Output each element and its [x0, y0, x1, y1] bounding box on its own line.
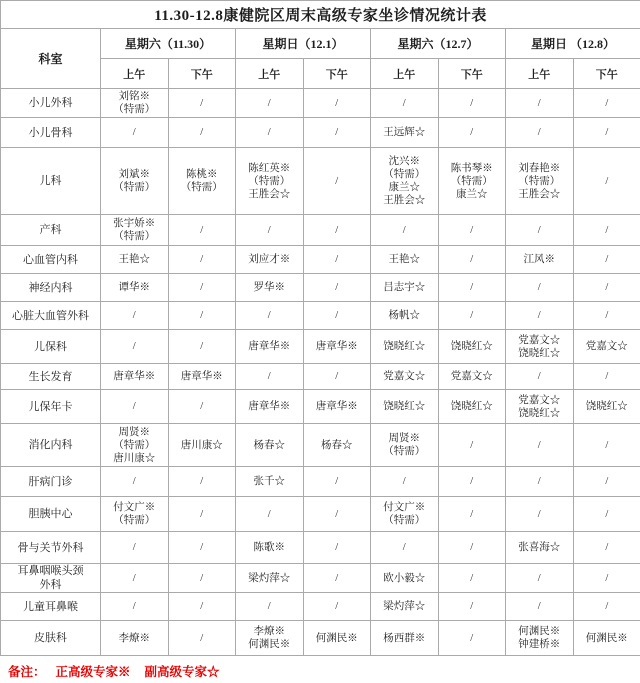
schedule-cell: /	[506, 118, 574, 148]
pm-header: 下午	[303, 59, 371, 89]
schedule-cell: 付文广※ （特需）	[101, 497, 169, 532]
schedule-cell: 唐章华※	[236, 330, 304, 364]
schedule-cell: /	[236, 497, 304, 532]
pm-header: 下午	[573, 59, 640, 89]
schedule-cell: /	[101, 564, 169, 593]
schedule-body: 小儿外科 刘铭※ （特需） / / / / / / / 小儿骨科 / / / /…	[1, 89, 640, 656]
schedule-cell: /	[371, 532, 439, 564]
schedule-cell: /	[168, 89, 236, 118]
schedule-cell: 刘春艳※ （特需） 王胜会☆	[506, 148, 574, 215]
schedule-cell: /	[438, 274, 506, 302]
table-row: 小儿外科 刘铭※ （特需） / / / / / / /	[1, 89, 640, 118]
schedule-cell: 付文广※ （特需）	[371, 497, 439, 532]
schedule-cell: /	[438, 467, 506, 497]
schedule-cell: /	[573, 148, 640, 215]
dept-cell: 儿科	[1, 148, 101, 215]
schedule-cell: 杨春☆	[236, 424, 304, 467]
schedule-cell: 梁灼萍☆	[236, 564, 304, 593]
schedule-cell: 党嘉文☆	[438, 364, 506, 390]
pm-header: 下午	[438, 59, 506, 89]
schedule-cell: /	[573, 593, 640, 621]
schedule-cell: /	[506, 593, 574, 621]
schedule-cell: /	[573, 467, 640, 497]
schedule-cell: 杨春☆	[303, 424, 371, 467]
schedule-cell: 唐川康☆	[168, 424, 236, 467]
table-row: 皮肤科 李燎※ / 李燎※ 何渊民※ 何渊民※ 杨西群※ / 何渊民※ 钟建桥※…	[1, 621, 640, 656]
schedule-cell: /	[438, 532, 506, 564]
table-row: 心脏大血管外科 / / / / 杨帆☆ / / /	[1, 302, 640, 330]
schedule-cell: 沈兴※ （特需） 康兰☆ 王胜会☆	[371, 148, 439, 215]
schedule-cell: /	[506, 302, 574, 330]
schedule-cell: /	[168, 246, 236, 274]
schedule-cell: 刘铭※ （特需）	[101, 89, 169, 118]
schedule-cell: 张喜海☆	[506, 532, 574, 564]
dept-cell: 小儿外科	[1, 89, 101, 118]
schedule-cell: 党嘉文☆	[371, 364, 439, 390]
schedule-cell: /	[303, 148, 371, 215]
schedule-cell: /	[303, 564, 371, 593]
schedule-cell: /	[101, 467, 169, 497]
schedule-cell: /	[573, 215, 640, 246]
schedule-cell: 陈桃※ （特需）	[168, 148, 236, 215]
am-header: 上午	[101, 59, 169, 89]
schedule-cell: /	[101, 302, 169, 330]
schedule-cell: /	[506, 89, 574, 118]
schedule-cell: 党嘉文☆ 饶晓红☆	[506, 330, 574, 364]
schedule-cell: /	[168, 215, 236, 246]
schedule-cell: /	[438, 424, 506, 467]
schedule-cell: /	[168, 593, 236, 621]
schedule-cell: /	[168, 302, 236, 330]
schedule-cell: 梁灼萍☆	[371, 593, 439, 621]
footnote: 备注： 正高级专家※ 副高级专家☆	[0, 656, 640, 683]
schedule-cell: /	[303, 118, 371, 148]
schedule-cell: /	[438, 621, 506, 656]
table-row: 儿科 刘斌※ （特需） 陈桃※ （特需） 陈红英※ （特需） 王胜会☆ / 沈兴…	[1, 148, 640, 215]
schedule-cell: /	[236, 89, 304, 118]
am-header: 上午	[506, 59, 574, 89]
schedule-cell: 周贤※ （特需）	[371, 424, 439, 467]
schedule-cell: 饶晓红☆	[438, 330, 506, 364]
schedule-cell: 陈歌※	[236, 532, 304, 564]
schedule-cell: /	[506, 364, 574, 390]
schedule-cell: 王艳☆	[101, 246, 169, 274]
schedule-cell: /	[438, 118, 506, 148]
dept-cell: 儿童耳鼻喉	[1, 593, 101, 621]
table-row: 骨与关节外科 / / 陈歌※ / / / 张喜海☆ /	[1, 532, 640, 564]
dept-cell: 神经内科	[1, 274, 101, 302]
schedule-cell: /	[371, 215, 439, 246]
schedule-cell: /	[168, 274, 236, 302]
dept-cell: 小儿骨科	[1, 118, 101, 148]
dept-cell: 儿保年卡	[1, 390, 101, 424]
dept-cell: 耳鼻咽喉头颈 外科	[1, 564, 101, 593]
expert-schedule-table: 11.30-12.8康健院区周末高级专家坐诊情况统计表 科室 星期六（11.30…	[0, 0, 640, 656]
schedule-cell: 杨帆☆	[371, 302, 439, 330]
schedule-cell: /	[303, 215, 371, 246]
page: 11.30-12.8康健院区周末高级专家坐诊情况统计表 科室 星期六（11.30…	[0, 0, 640, 683]
schedule-cell: /	[506, 215, 574, 246]
schedule-cell: 杨西群※	[371, 621, 439, 656]
schedule-cell: 饶晓红☆	[371, 330, 439, 364]
schedule-cell: /	[573, 497, 640, 532]
schedule-cell: /	[573, 274, 640, 302]
schedule-cell: 欧小毅☆	[371, 564, 439, 593]
dept-cell: 生长发育	[1, 364, 101, 390]
dept-cell: 儿保科	[1, 330, 101, 364]
schedule-cell: /	[236, 215, 304, 246]
dept-cell: 产科	[1, 215, 101, 246]
schedule-cell: 党嘉文☆ 饶晓红☆	[506, 390, 574, 424]
table-row: 耳鼻咽喉头颈 外科 / / 梁灼萍☆ / 欧小毅☆ / / /	[1, 564, 640, 593]
schedule-cell: /	[303, 467, 371, 497]
schedule-cell: 陈红英※ （特需） 王胜会☆	[236, 148, 304, 215]
schedule-cell: 唐章华※	[101, 364, 169, 390]
schedule-cell: /	[573, 118, 640, 148]
schedule-cell: /	[101, 118, 169, 148]
schedule-cell: /	[506, 274, 574, 302]
schedule-cell: /	[168, 330, 236, 364]
schedule-cell: 何渊民※	[573, 621, 640, 656]
schedule-cell: 李燎※ 何渊民※	[236, 621, 304, 656]
schedule-cell: 李燎※	[101, 621, 169, 656]
dept-cell: 肝病门诊	[1, 467, 101, 497]
schedule-cell: /	[438, 497, 506, 532]
schedule-cell: /	[573, 364, 640, 390]
schedule-cell: /	[303, 364, 371, 390]
day-header-sun-121: 星期日（12.1）	[236, 29, 371, 59]
schedule-cell: /	[168, 564, 236, 593]
am-header: 上午	[371, 59, 439, 89]
title-row: 11.30-12.8康健院区周末高级专家坐诊情况统计表	[1, 1, 640, 29]
schedule-cell: /	[168, 532, 236, 564]
schedule-cell: 唐章华※	[168, 364, 236, 390]
schedule-cell: /	[438, 215, 506, 246]
schedule-cell: /	[303, 274, 371, 302]
schedule-cell: 刘应才※	[236, 246, 304, 274]
schedule-cell: /	[303, 593, 371, 621]
schedule-cell: 唐章华※	[303, 390, 371, 424]
schedule-cell: 饶晓红☆	[438, 390, 506, 424]
schedule-cell: /	[101, 330, 169, 364]
schedule-cell: /	[303, 89, 371, 118]
schedule-cell: /	[236, 364, 304, 390]
footnote-associate-expert: 副高级专家☆	[145, 662, 220, 680]
schedule-cell: /	[236, 593, 304, 621]
schedule-cell: 吕志宇☆	[371, 274, 439, 302]
schedule-cell: /	[573, 532, 640, 564]
schedule-cell: /	[101, 390, 169, 424]
table-row: 消化内科 周贤※ （特需） 唐川康☆ 唐川康☆ 杨春☆ 杨春☆ 周贤※ （特需）…	[1, 424, 640, 467]
schedule-cell: 王艳☆	[371, 246, 439, 274]
schedule-cell: 陈书琴※ （特需） 康兰☆	[438, 148, 506, 215]
dept-cell: 消化内科	[1, 424, 101, 467]
table-row: 生长发育 唐章华※ 唐章华※ / / 党嘉文☆ 党嘉文☆ / /	[1, 364, 640, 390]
schedule-cell: /	[168, 497, 236, 532]
schedule-cell: /	[573, 564, 640, 593]
schedule-cell: 刘斌※ （特需）	[101, 148, 169, 215]
table-row: 儿童耳鼻喉 / / / / 梁灼萍☆ / / /	[1, 593, 640, 621]
schedule-cell: /	[371, 89, 439, 118]
schedule-cell: 何渊民※	[303, 621, 371, 656]
schedule-cell: /	[168, 621, 236, 656]
schedule-cell: /	[168, 118, 236, 148]
table-row: 儿保年卡 / / 唐章华※ 唐章华※ 饶晓红☆ 饶晓红☆ 党嘉文☆ 饶晓红☆ 饶…	[1, 390, 640, 424]
schedule-cell: /	[236, 118, 304, 148]
schedule-cell: 何渊民※ 钟建桥※	[506, 621, 574, 656]
schedule-cell: /	[506, 497, 574, 532]
schedule-cell: 饶晓红☆	[573, 390, 640, 424]
pm-header: 下午	[168, 59, 236, 89]
schedule-cell: 唐章华※	[236, 390, 304, 424]
footnote-label: 备注：	[8, 662, 46, 680]
table-row: 神经内科 谭华※ / 罗华※ / 吕志宇☆ / / /	[1, 274, 640, 302]
table-title: 11.30-12.8康健院区周末高级专家坐诊情况统计表	[1, 1, 640, 29]
schedule-cell: 王远辉☆	[371, 118, 439, 148]
table-row: 胆胰中心 付文广※ （特需） / / / 付文广※ （特需） / / /	[1, 497, 640, 532]
am-header: 上午	[236, 59, 304, 89]
schedule-cell: /	[506, 564, 574, 593]
schedule-cell: /	[371, 467, 439, 497]
schedule-cell: /	[236, 302, 304, 330]
schedule-cell: 张宇娇※ （特需）	[101, 215, 169, 246]
dept-cell: 心血管内科	[1, 246, 101, 274]
day-header-sat-1130: 星期六（11.30）	[101, 29, 236, 59]
dept-cell: 皮肤科	[1, 621, 101, 656]
table-row: 小儿骨科 / / / / 王远辉☆ / / /	[1, 118, 640, 148]
table-row: 儿保科 / / 唐章华※ 唐章华※ 饶晓红☆ 饶晓红☆ 党嘉文☆ 饶晓红☆ 党嘉…	[1, 330, 640, 364]
day-header-row: 科室 星期六（11.30） 星期日（12.1） 星期六（12.7） 星期日 （1…	[1, 29, 640, 59]
schedule-cell: /	[168, 467, 236, 497]
schedule-cell: /	[303, 532, 371, 564]
schedule-cell: /	[573, 424, 640, 467]
footnote-senior-expert: 正高级专家※	[56, 662, 131, 680]
dept-cell: 心脏大血管外科	[1, 302, 101, 330]
day-header-sun-128: 星期日 （12.8）	[506, 29, 640, 59]
schedule-cell: /	[506, 424, 574, 467]
schedule-cell: /	[438, 564, 506, 593]
schedule-cell: /	[438, 302, 506, 330]
schedule-cell: /	[438, 593, 506, 621]
schedule-cell: /	[303, 497, 371, 532]
table-row: 产科 张宇娇※ （特需） / / / / / / /	[1, 215, 640, 246]
schedule-cell: 罗华※	[236, 274, 304, 302]
day-header-sat-127: 星期六（12.7）	[371, 29, 506, 59]
schedule-cell: /	[101, 532, 169, 564]
schedule-cell: 唐章华※	[303, 330, 371, 364]
schedule-cell: 饶晓红☆	[371, 390, 439, 424]
dept-column-header: 科室	[1, 29, 101, 89]
schedule-cell: /	[168, 390, 236, 424]
schedule-cell: /	[101, 593, 169, 621]
schedule-cell: /	[438, 246, 506, 274]
dept-cell: 胆胰中心	[1, 497, 101, 532]
schedule-cell: /	[303, 246, 371, 274]
schedule-cell: 党嘉文☆	[573, 330, 640, 364]
table-row: 心血管内科 王艳☆ / 刘应才※ / 王艳☆ / 江风※ /	[1, 246, 640, 274]
dept-cell: 骨与关节外科	[1, 532, 101, 564]
schedule-cell: /	[573, 89, 640, 118]
schedule-cell: 周贤※ （特需） 唐川康☆	[101, 424, 169, 467]
schedule-cell: 谭华※	[101, 274, 169, 302]
table-row: 肝病门诊 / / 张千☆ / / / / /	[1, 467, 640, 497]
schedule-cell: /	[573, 302, 640, 330]
schedule-cell: /	[573, 246, 640, 274]
schedule-cell: /	[506, 467, 574, 497]
schedule-cell: /	[303, 302, 371, 330]
schedule-cell: /	[438, 89, 506, 118]
schedule-cell: 张千☆	[236, 467, 304, 497]
schedule-cell: 江风※	[506, 246, 574, 274]
